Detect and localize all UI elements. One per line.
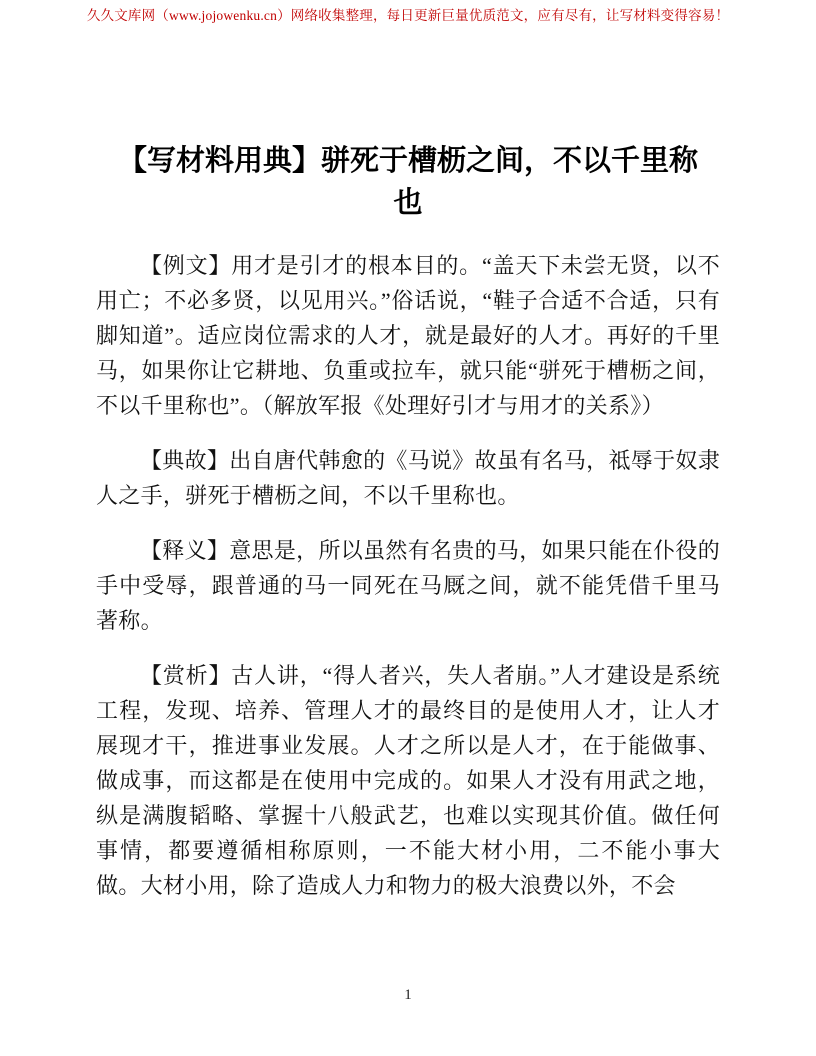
paragraph-example-liwen: 【例文】用才是引才的根本目的。“盖天下未尝无贤，以不用亡；不必多贤，以见用兴。”… (96, 248, 720, 423)
page-title: 【写材料用典】骈死于槽枥之间，不以千里称也 (113, 140, 703, 224)
paragraph-interpretation-shiyi: 【释义】意思是，所以虽然有名贵的马，如果只能在仆役的手中受辱，跟普通的马一同死在… (96, 533, 720, 638)
paragraph-appreciation-shangxi: 【赏析】古人讲，“得人者兴，失人者崩。”人才建设是系统工程，发现、培养、管理人才… (96, 658, 720, 903)
page-number: 1 (0, 987, 816, 1004)
document-body: 【例文】用才是引才的根本目的。“盖天下未尝无贤，以不用亡；不必多贤，以见用兴。”… (96, 248, 720, 923)
document-header: 久久文库网（www.jojowenku.cn）网络收集整理，每日更新巨量优质范文… (0, 7, 816, 25)
paragraph-allusion-diangu: 【典故】出自唐代韩愈的《马说》故虽有名马，祗辱于奴隶人之手，骈死于槽枥之间，不以… (96, 443, 720, 513)
header-text: 久久文库网（www.jojowenku.cn）网络收集整理，每日更新巨量优质范文… (87, 8, 729, 23)
document-page: 久久文库网（www.jojowenku.cn）网络收集整理，每日更新巨量优质范文… (0, 0, 816, 1056)
